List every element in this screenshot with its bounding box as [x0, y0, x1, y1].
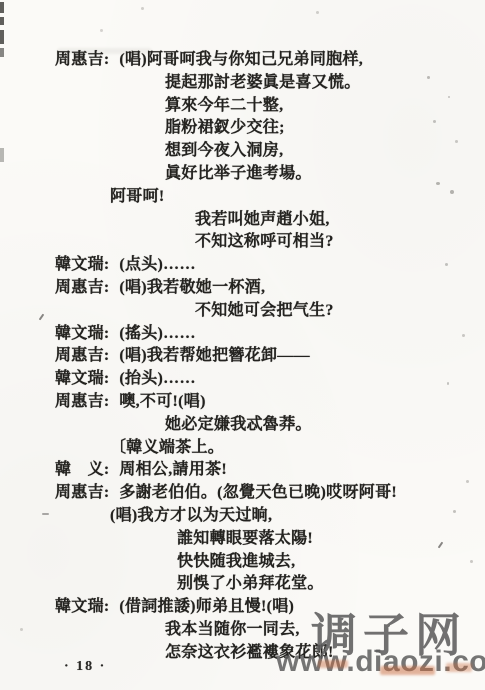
dialogue-text: 〔韓义端茶上。	[110, 439, 224, 456]
dialogue-text: 誰知轉眼要落太陽!	[177, 530, 313, 547]
dialogue-text: 阿哥呵!	[110, 188, 165, 205]
dialogue-text: 不知这称呼可相当?	[195, 233, 334, 250]
speaker-name: 周惠吉:	[55, 391, 115, 414]
scan-speck	[100, 29, 103, 32]
watermark-orange-artifact	[380, 666, 435, 675]
watermark-orange-artifact	[446, 663, 472, 672]
dialogue-text: 算來今年二十整,	[165, 97, 283, 114]
script-line: 不知这称呼可相当?	[55, 231, 485, 254]
scan-edge-mark	[0, 30, 4, 44]
dialogue-text: 眞好比举子進考場。	[165, 165, 312, 182]
dialogue-text: (唱)我若帮她把簪花卸——	[119, 347, 310, 364]
dialogue-text: 周相公,請用茶!	[119, 461, 227, 478]
script-line: 周惠吉: (唱)我若帮她把簪花卸——	[55, 345, 485, 368]
scan-speck	[20, 628, 23, 631]
script-line: 眞好比举子進考場。	[55, 163, 485, 186]
script-line: 〔韓义端茶上。	[55, 437, 485, 460]
dialogue-text: 我若叫她声趙小姐,	[195, 211, 330, 228]
script-line: 韓 义: 周相公,請用茶!	[55, 459, 485, 482]
speaker-name: 韓文瑞:	[55, 254, 115, 277]
scanned-script-page: 周惠吉: (唱)阿哥呵我与你知己兄弟同胞样, 提起那討老婆眞是喜又慌。 算來今年…	[0, 0, 485, 690]
script-line: 周惠吉: 噢,不可!(唱)	[55, 391, 485, 414]
script-line: 韓文瑞: (抬头)……	[55, 368, 485, 391]
watermark-orange-artifact	[318, 660, 348, 668]
dialogue-text: (唱)我若敬她一杯酒,	[119, 279, 265, 296]
script-line: (唱)我方才以为天过晌,	[55, 505, 485, 528]
script-body: 周惠吉: (唱)阿哥呵我与你知己兄弟同胞样, 提起那討老婆眞是喜又慌。 算來今年…	[55, 49, 485, 665]
scan-speck	[141, 7, 144, 10]
dialogue-text: 她必定嫌我忒魯莽。	[165, 416, 312, 433]
speaker-name: 韓文瑞:	[55, 596, 115, 619]
dialogue-text: 我本当随你一同去,	[165, 621, 300, 638]
script-line: 韓文瑞: (点头)……	[55, 254, 485, 277]
script-line: 周惠吉: (唱)我若敬她一杯酒,	[55, 277, 485, 300]
dialogue-text: 快快随我進城去,	[177, 553, 295, 570]
scan-edge-mark	[0, 148, 4, 162]
scan-edge-mark	[0, 48, 4, 57]
script-line: 我若叫她声趙小姐,	[55, 209, 485, 232]
scan-tick	[42, 513, 49, 515]
script-line: 算來今年二十整,	[55, 95, 485, 118]
script-line: 脂粉裙釵少交往;	[55, 117, 485, 140]
dialogue-text: (借詞推諉)师弟且慢!(唱)	[119, 598, 294, 615]
script-line: 不知她可会把气生?	[55, 300, 485, 323]
dialogue-text: 脂粉裙釵少交往;	[165, 119, 285, 136]
dialogue-text: (唱)我方才以为天过晌,	[110, 507, 272, 524]
dialogue-text: (唱)阿哥呵我与你知己兄弟同胞样,	[119, 51, 363, 68]
speaker-name: 韓文瑞:	[55, 323, 115, 346]
script-line: 别悞了小弟拜花堂。	[55, 573, 485, 596]
speaker-name: 韓 义:	[55, 459, 115, 482]
script-line: 阿哥呵!	[55, 186, 485, 209]
scan-edge-mark	[0, 17, 4, 25]
dialogue-text: (搖头)……	[119, 325, 195, 342]
dialogue-text: 不知她可会把气生?	[195, 302, 334, 319]
page-number: · 18 ·	[64, 659, 106, 675]
dialogue-text: 多謝老伯伯。(忽覺天色已晚)哎呀阿哥!	[119, 484, 397, 501]
dialogue-text: 别悞了小弟拜花堂。	[177, 575, 324, 592]
script-line: 周惠吉: (唱)阿哥呵我与你知己兄弟同胞样,	[55, 49, 485, 72]
dialogue-text: (点头)……	[119, 256, 195, 273]
speaker-name: 周惠吉:	[55, 49, 115, 72]
speaker-name: 韓文瑞:	[55, 368, 115, 391]
speaker-name: 周惠吉:	[55, 482, 115, 505]
dialogue-text: 想到今夜入洞房,	[165, 142, 283, 159]
dialogue-text: 噢,不可!(唱)	[119, 393, 205, 410]
scan-speck	[316, 11, 319, 14]
speaker-name: 周惠吉:	[55, 345, 115, 368]
scan-edge-mark	[0, 2, 4, 13]
scan-tick	[39, 314, 45, 321]
dialogue-text: 提起那討老婆眞是喜又慌。	[165, 74, 361, 91]
script-line: 周惠吉: 多謝老伯伯。(忽覺天色已晚)哎呀阿哥!	[55, 482, 485, 505]
script-line: 想到今夜入洞房,	[55, 140, 485, 163]
speaker-name: 周惠吉:	[55, 277, 115, 300]
script-line: 誰知轉眼要落太陽!	[55, 528, 485, 551]
script-line: 快快随我進城去,	[55, 551, 485, 574]
script-line: 韓文瑞: (搖头)……	[55, 323, 485, 346]
script-line: 她必定嫌我忒魯莽。	[55, 414, 485, 437]
script-line: 提起那討老婆眞是喜又慌。	[55, 72, 485, 95]
dialogue-text: (抬头)……	[119, 370, 195, 387]
